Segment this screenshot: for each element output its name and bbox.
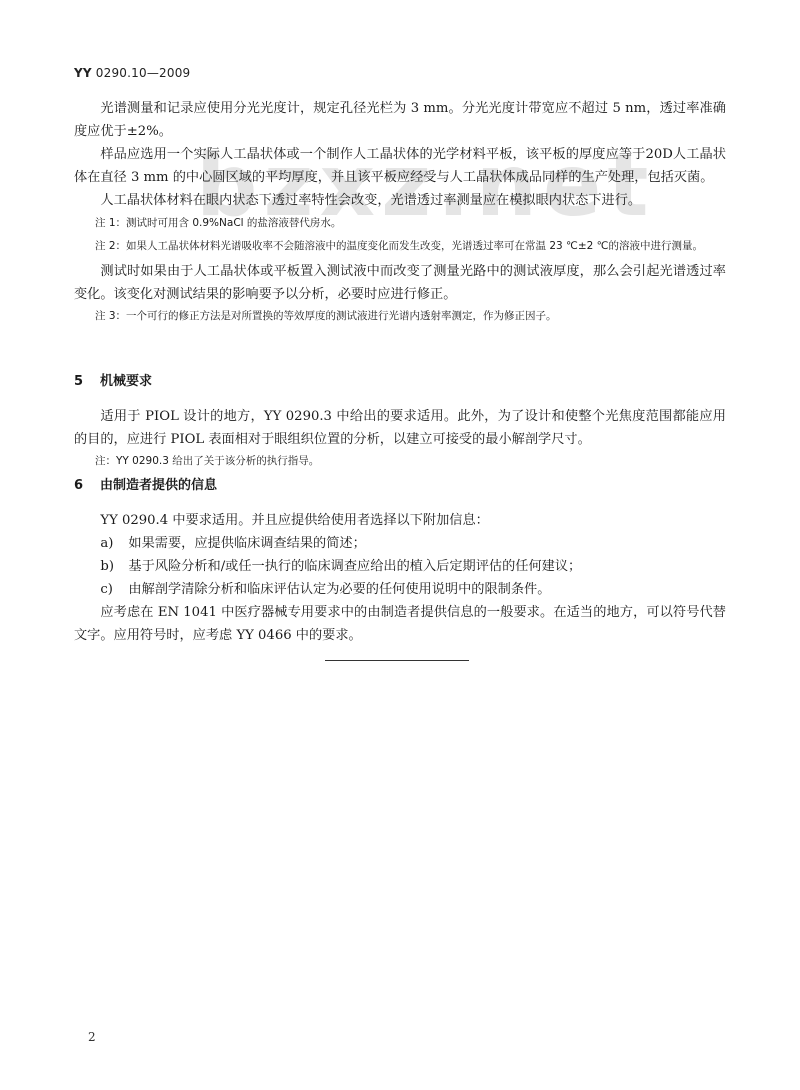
- note-3: 注 3：一个可行的修正方法是对所置换的等效厚度的测试液进行光谱内透射率测定，作为…: [74, 306, 726, 326]
- standard-prefix: YY: [74, 66, 92, 80]
- section-number: 5: [74, 370, 100, 393]
- document-page: YY 0290.10—2009 bzxz.net 光谱测量和记录应使用分光光度计…: [0, 0, 800, 1090]
- standard-header: YY 0290.10—2009: [74, 66, 190, 80]
- paragraph: YY 0290.4 中要求适用。并且应提供给使用者选择以下附加信息：: [74, 509, 726, 532]
- list-item: a)如果需要，应提供临床调查结果的简述；: [74, 532, 726, 555]
- list-text: 如果需要，应提供临床调查结果的简述；: [128, 536, 365, 551]
- paragraph: 光谱测量和记录应使用分光光度计，规定孔径光栏为 3 mm。分光光度计带宽应不超过…: [74, 97, 726, 143]
- section-6: 6由制造者提供的信息 YY 0290.4 中要求适用。并且应提供给使用者选择以下…: [74, 474, 726, 647]
- section-heading: 6由制造者提供的信息: [74, 474, 726, 497]
- section-number: 6: [74, 474, 100, 497]
- standard-code: 0290.10—2009: [92, 66, 191, 80]
- paragraph: 应考虑在 EN 1041 中医疗器械专用要求中的由制造者提供信息的一般要求。在适…: [74, 601, 726, 647]
- list-text: 由解剖学清除分析和临床评估认定为必要的任何使用说明中的限制条件。: [128, 582, 550, 597]
- paragraph: 适用于 PIOL 设计的地方，YY 0290.3 中给出的要求适用。此外，为了设…: [74, 405, 726, 451]
- list-text: 基于风险分析和/或任一执行的临床调查应给出的植入后定期评估的任何建议；: [128, 559, 581, 574]
- page-number: 2: [88, 1030, 96, 1044]
- section-title: 机械要求: [100, 374, 152, 389]
- list-marker: a): [100, 532, 128, 555]
- section-5: 5机械要求 适用于 PIOL 设计的地方，YY 0290.3 中给出的要求适用。…: [74, 370, 726, 471]
- note: 注：YY 0290.3 给出了关于该分析的执行指导。: [74, 451, 726, 471]
- paragraph: 样品应选用一个实际人工晶状体或一个制作人工晶状体的光学材料平板，该平板的厚度应等…: [74, 143, 726, 189]
- end-separator-line: [325, 660, 469, 661]
- paragraph: 测试时如果由于人工晶状体或平板置入测试液中而改变了测量光路中的测试液厚度，那么会…: [74, 260, 726, 306]
- note-2: 注 2：如果人工晶状体材料光谱吸收率不会随溶液中的温度变化而发生改变，光谱透过率…: [74, 236, 726, 256]
- list-item: c)由解剖学清除分析和临床评估认定为必要的任何使用说明中的限制条件。: [74, 578, 726, 601]
- list-marker: c): [100, 578, 128, 601]
- list-marker: b): [100, 555, 128, 578]
- section-title: 由制造者提供的信息: [100, 478, 217, 493]
- section-spectral-measurement: 光谱测量和记录应使用分光光度计，规定孔径光栏为 3 mm。分光光度计带宽应不超过…: [74, 97, 726, 326]
- section-heading: 5机械要求: [74, 370, 726, 393]
- note-1: 注 1：测试时可用含 0.9%NaCl 的盐溶液替代房水。: [74, 213, 726, 233]
- paragraph: 人工晶状体材料在眼内状态下透过率特性会改变，光谱透过率测量应在模拟眼内状态下进行…: [74, 189, 726, 212]
- list-item: b)基于风险分析和/或任一执行的临床调查应给出的植入后定期评估的任何建议；: [74, 555, 726, 578]
